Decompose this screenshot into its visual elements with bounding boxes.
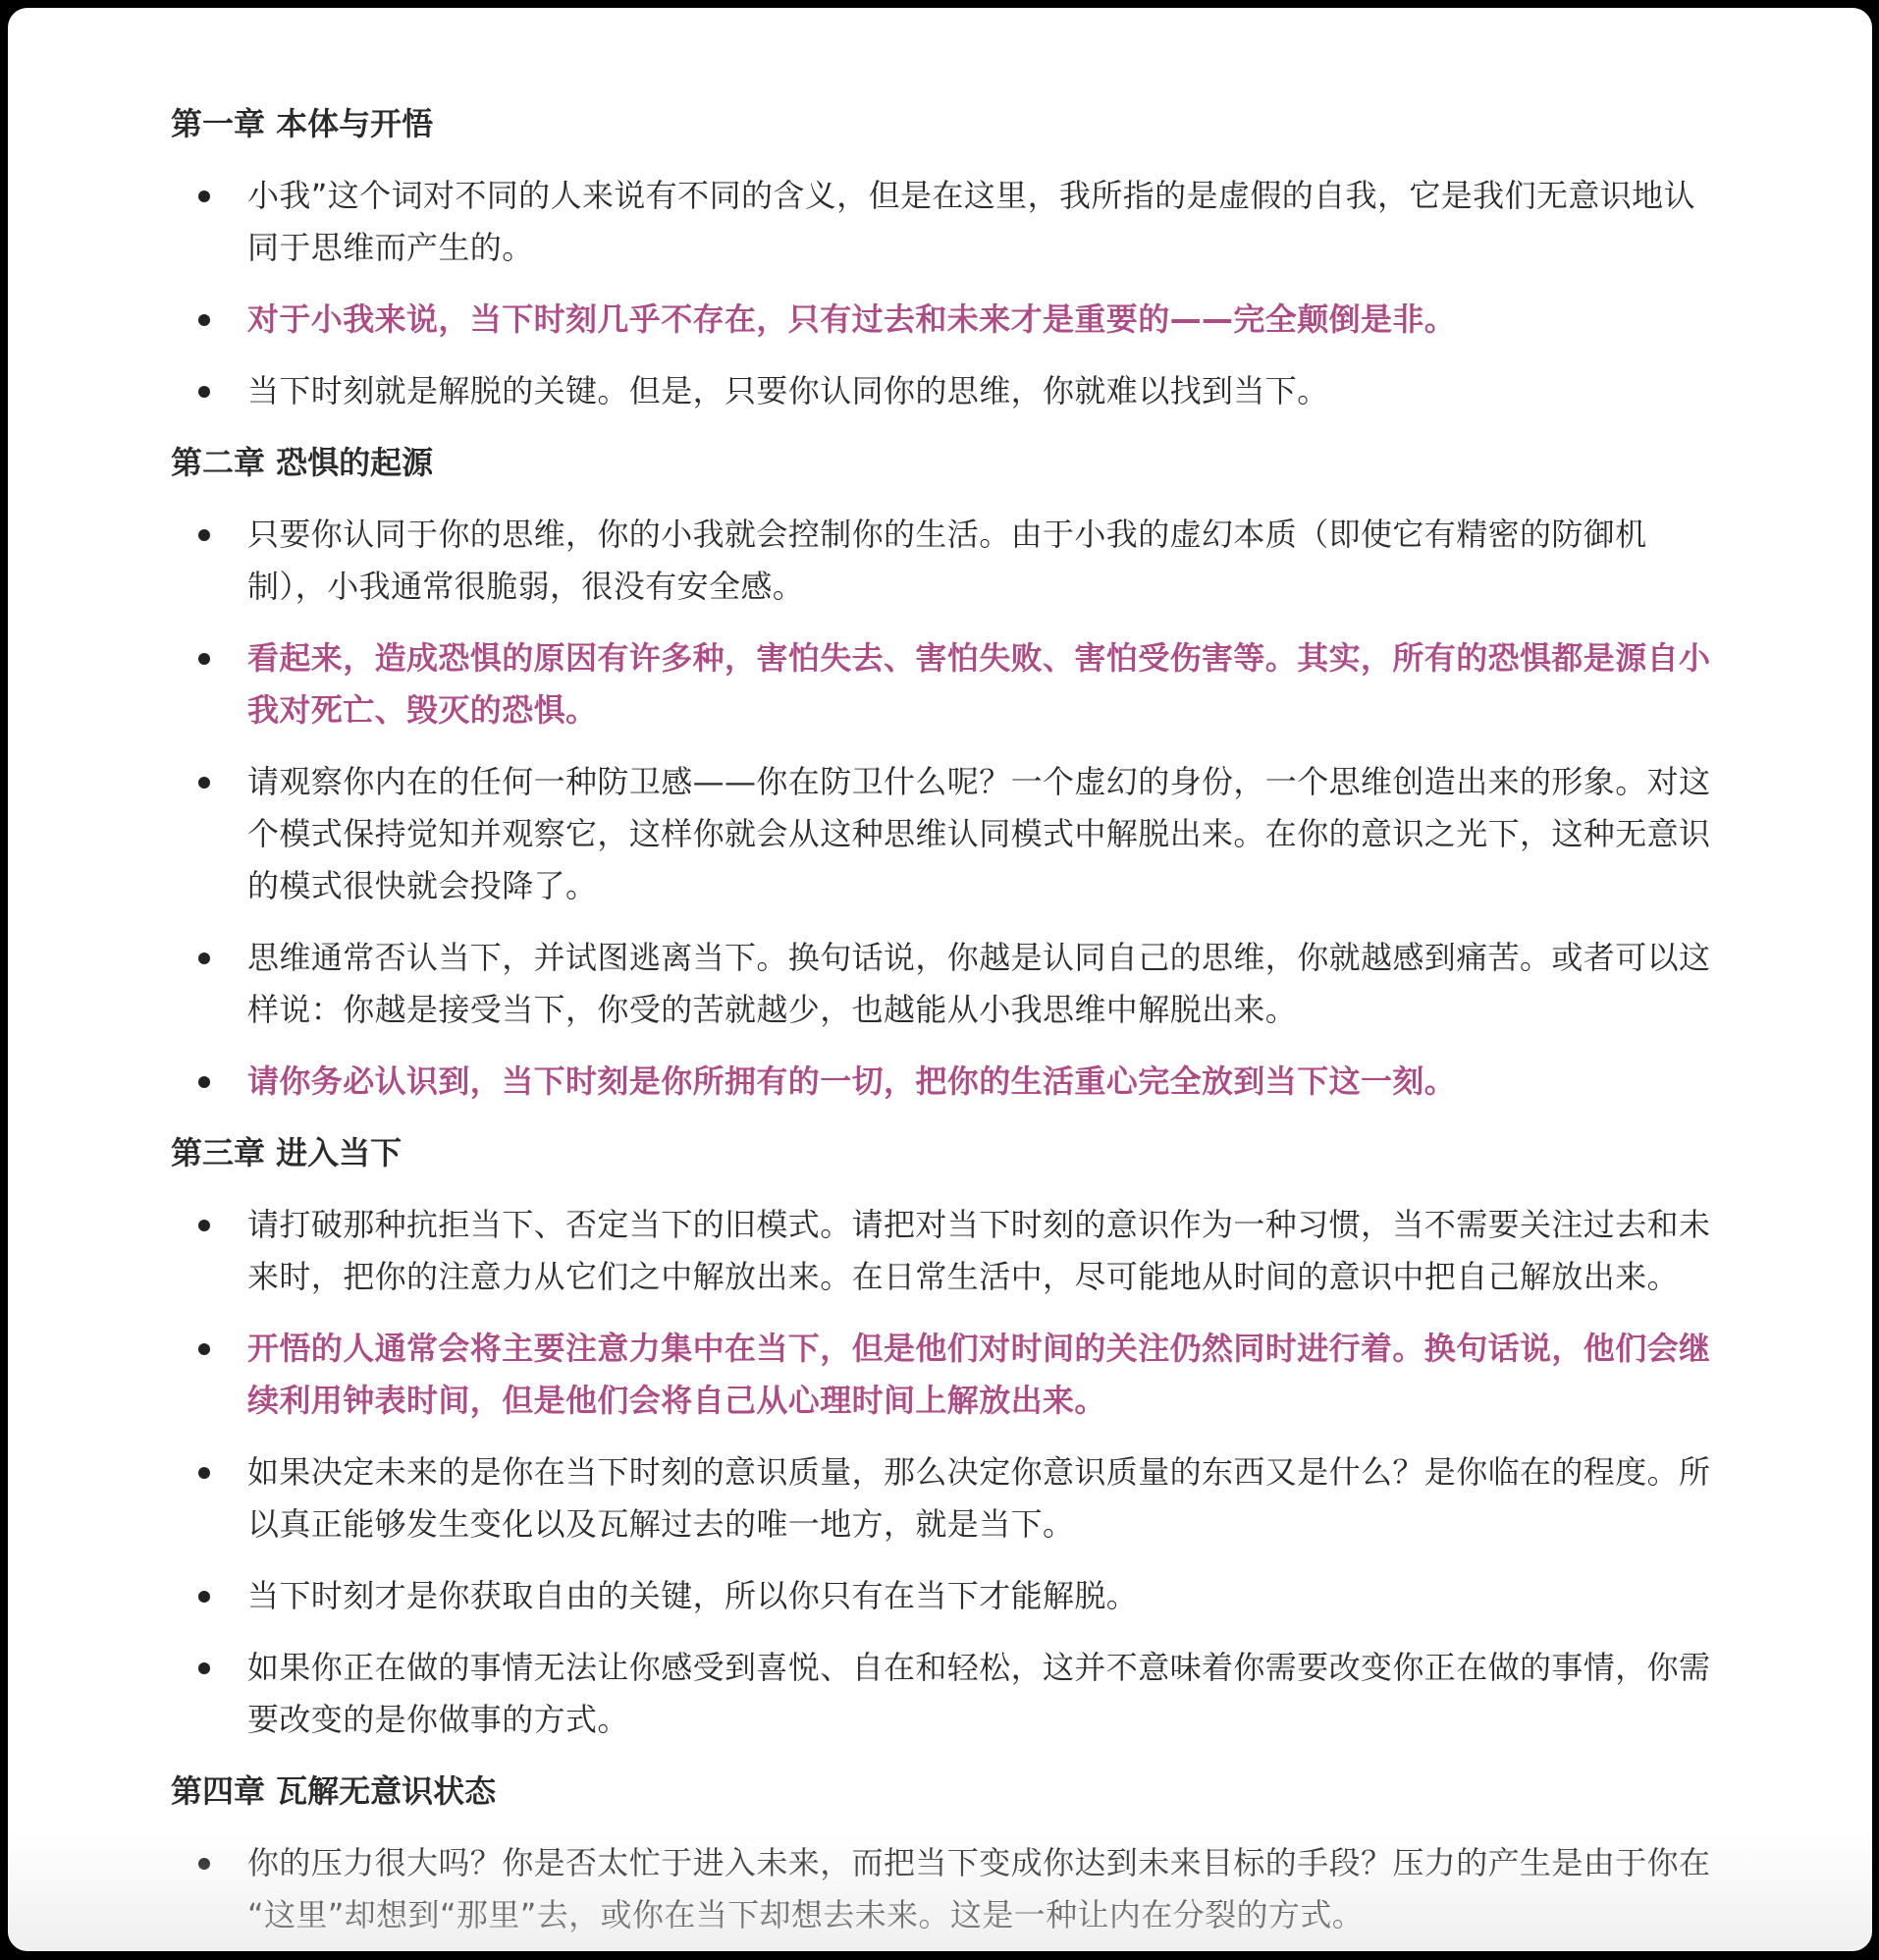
list-item-text-line: 要改变的是你做事的方式。 (247, 1694, 1850, 1746)
list-item-text-line: 的模式很快就会投降了。 (247, 860, 1850, 912)
bullet-icon (198, 1591, 210, 1603)
list-item: 请观察你内在的任何一种防卫感——你在防卫什么呢？一个虚幻的身份，一个思维创造出来… (171, 756, 1850, 912)
list-item-text-line: 如果你正在做的事情无法让你感受到喜悦、自在和轻松，这并不意味着你需要改变你正在做… (247, 1642, 1850, 1694)
list-item: 请打破那种抗拒当下、否定当下的旧模式。请把对当下时刻的意识作为一种习惯，当不需要… (171, 1199, 1850, 1303)
list-item-text-line: 小我”这个词对不同的人来说有不同的含义，但是在这里，我所指的是虚假的自我，它是我… (247, 170, 1850, 222)
list-item: 当下时刻就是解脱的关键。但是，只要你认同你的思维，你就难以找到当下。 (171, 365, 1850, 417)
chapter-heading: 第三章 进入当下 (171, 1127, 1850, 1179)
bullet-icon (198, 1858, 210, 1870)
bullet-icon (198, 1467, 210, 1479)
bullet-icon (198, 1662, 210, 1674)
list-item: 只要你认同于你的思维，你的小我就会控制你的生活。由于小我的虚幻本质（即使它有精密… (171, 509, 1850, 613)
list-item-text-line: 看起来，造成恐惧的原因有许多种，害怕失去、害怕失败、害怕受伤害等。其实，所有的恐… (247, 632, 1850, 684)
bullet-icon (198, 1343, 210, 1355)
list-item-text-line: 来时，把你的注意力从它们之中解放出来。在日常生活中，尽可能地从时间的意识中把自己… (247, 1251, 1850, 1303)
list-item-text-line: 制），小我通常很脆弱，很没有安全感。 (247, 561, 1850, 613)
list-item-text-line: 如果决定未来的是你在当下时刻的意识质量，那么决定你意识质量的东西又是什么？是你临… (247, 1446, 1850, 1498)
list-item: 你的压力很大吗？你是否太忙于进入未来，而把当下变成你达到未来目标的手段？压力的产… (171, 1837, 1850, 1941)
bullet-icon (198, 777, 210, 789)
list-item: 如果决定未来的是你在当下时刻的意识质量，那么决定你意识质量的东西又是什么？是你临… (171, 1446, 1850, 1551)
list-item-text-line: 个模式保持觉知并观察它，这样你就会从这种思维认同模式中解脱出来。在你的意识之光下… (247, 808, 1850, 860)
list-item-text-line: 思维通常否认当下，并试图逃离当下。换句话说，你越是认同自己的思维，你就越感到痛苦… (247, 932, 1850, 984)
bullet-icon (198, 1220, 210, 1231)
list-item: 小我”这个词对不同的人来说有不同的含义，但是在这里，我所指的是虚假的自我，它是我… (171, 170, 1850, 274)
list-item-text-line: 我对死亡、毁灭的恐惧。 (247, 684, 1850, 736)
highlighted-list-item: 开悟的人通常会将主要注意力集中在当下，但是他们对时间的关注仍然同时进行着。换句话… (171, 1323, 1850, 1427)
bullet-icon (198, 191, 210, 202)
bullet-icon (198, 314, 210, 326)
list-item-text-line: 续利用钟表时间，但是他们会将自己从心理时间上解放出来。 (247, 1375, 1850, 1427)
list-item-text-line: 同于思维而产生的。 (247, 222, 1850, 274)
bullet-icon (198, 386, 210, 398)
list-item: 当下时刻才是你获取自由的关键，所以你只有在当下才能解脱。 (171, 1570, 1850, 1622)
bullet-icon (198, 653, 210, 665)
notes-content: 第一章 本体与开悟小我”这个词对不同的人来说有不同的含义，但是在这里，我所指的是… (171, 98, 1850, 1951)
list-item-text-line: 你的压力很大吗？你是否太忙于进入未来，而把当下变成你达到未来目标的手段？压力的产… (247, 1837, 1850, 1889)
bullet-icon (198, 529, 210, 541)
list-item-text-line: 当下时刻就是解脱的关键。但是，只要你认同你的思维，你就难以找到当下。 (247, 365, 1850, 417)
chapter-heading: 第四章 瓦解无意识状态 (171, 1766, 1850, 1818)
list-item-text-line: 请观察你内在的任何一种防卫感——你在防卫什么呢？一个虚幻的身份，一个思维创造出来… (247, 756, 1850, 808)
list-item: 思维通常否认当下，并试图逃离当下。换句话说，你越是认同自己的思维，你就越感到痛苦… (171, 932, 1850, 1036)
bullet-icon (198, 953, 210, 964)
list-item-text-line: 对于小我来说，当下时刻几乎不存在，只有过去和未来才是重要的——完全颠倒是非。 (247, 294, 1850, 346)
list-item-text-line: 开悟的人通常会将主要注意力集中在当下，但是他们对时间的关注仍然同时进行着。换句话… (247, 1323, 1850, 1375)
chapter-heading: 第一章 本体与开悟 (171, 98, 1850, 150)
list-item-text-line: 当下时刻才是你获取自由的关键，所以你只有在当下才能解脱。 (247, 1570, 1850, 1622)
document-card: 第一章 本体与开悟小我”这个词对不同的人来说有不同的含义，但是在这里，我所指的是… (8, 8, 1872, 1951)
list-item-text-line: 只要你认同于你的思维，你的小我就会控制你的生活。由于小我的虚幻本质（即使它有精密… (247, 509, 1850, 561)
highlighted-list-item: 请你务必认识到，当下时刻是你所拥有的一切，把你的生活重心完全放到当下这一刻。 (171, 1056, 1850, 1108)
list-item-text-line: 样说：你越是接受当下，你受的苦就越少，也越能从小我思维中解脱出来。 (247, 984, 1850, 1036)
list-item: 如果你正在做的事情无法让你感受到喜悦、自在和轻松，这并不意味着你需要改变你正在做… (171, 1642, 1850, 1746)
list-item-text-line: 请打破那种抗拒当下、否定当下的旧模式。请把对当下时刻的意识作为一种习惯，当不需要… (247, 1199, 1850, 1251)
chapter-heading: 第二章 恐惧的起源 (171, 437, 1850, 489)
list-item-text-line: 请你务必认识到，当下时刻是你所拥有的一切，把你的生活重心完全放到当下这一刻。 (247, 1056, 1850, 1108)
bullet-icon (198, 1076, 210, 1088)
highlighted-list-item: 对于小我来说，当下时刻几乎不存在，只有过去和未来才是重要的——完全颠倒是非。 (171, 294, 1850, 346)
list-item-text-line: “这里”却想到“那里”去，或你在当下却想去未来。这是一种让内在分裂的方式。 (247, 1889, 1850, 1941)
highlighted-list-item: 看起来，造成恐惧的原因有许多种，害怕失去、害怕失败、害怕受伤害等。其实，所有的恐… (171, 632, 1850, 736)
list-item-text-line: 以真正能够发生变化以及瓦解过去的唯一地方，就是当下。 (247, 1498, 1850, 1551)
